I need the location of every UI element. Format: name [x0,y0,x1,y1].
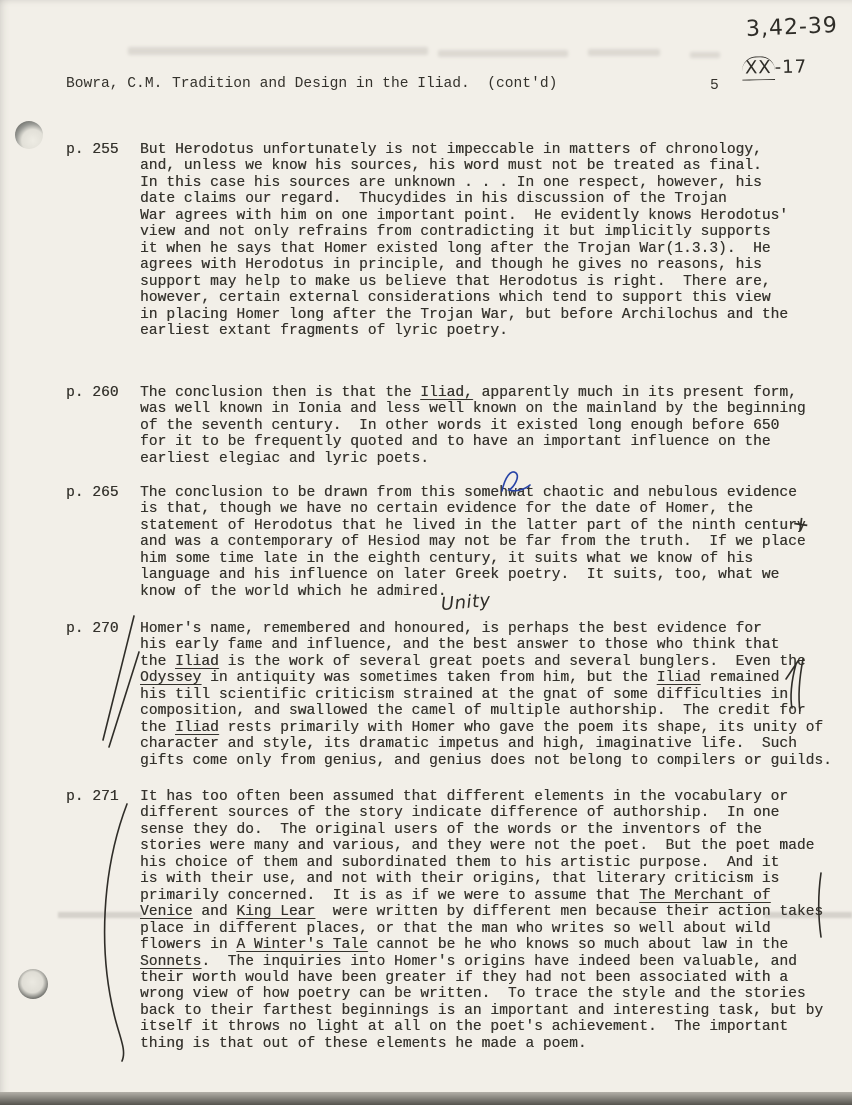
text-line: The conclusion to be drawn from this som… [140,485,852,501]
text-line: different sources of the story indicate … [140,805,852,821]
text-line: his choice of them and subordinated them… [140,855,852,871]
scan-bottom-edge [0,1092,852,1105]
text-line: the Iliad rests primarily with Homer who… [140,720,852,736]
text-line: was well known in Ionia and less well kn… [140,401,852,417]
text-line: sense they do. The original users of the… [140,822,852,838]
text-line: date claims our regard. Thucydides in hi… [140,191,852,207]
text-line: for it to be frequently quoted and to ha… [140,434,852,450]
text-line: however, certain external considerations… [140,290,852,306]
text-line: earliest extant fragments of lyric poetr… [140,323,852,339]
text-line: language and his influence on later Gree… [140,567,852,583]
paragraph-text: But Herodotus unfortunately is not impec… [140,142,852,339]
text-line: their worth would have been greater if t… [140,970,852,986]
paragraph-p271: p. 271It has too often been assumed that… [66,789,852,1052]
text-line: composition, and swallowed the camel of … [140,703,852,719]
text-line: of the seventh century. In other words i… [140,418,852,434]
text-line: stories were many and various, and they … [140,838,852,854]
text-line: in placing Homer long after the Trojan W… [140,307,852,323]
punch-hole [15,121,43,149]
text-line: is with their use, and not with their or… [140,871,852,887]
text-line: it when he says that Homer existed long … [140,241,852,257]
text-line: flowers in A Winter's Tale cannot be he … [140,937,852,953]
paragraph-label: p. 270 [66,621,119,637]
text-line: wrong view of how poetry can be written.… [140,986,852,1002]
text-line: Homer's name, remembered and honoured, i… [140,621,852,637]
text-line: itself it throws no light at all on the … [140,1019,852,1035]
text-line: back to their farthest beginnings is an … [140,1003,852,1019]
text-line: earliest elegiac and lyric poets. [140,451,852,467]
paragraph-p255: p. 255But Herodotus unfortunately is not… [66,142,852,339]
punch-hole [18,969,48,999]
text-line: Odyssey in antiquity was sometimes taken… [140,670,852,686]
text-line: him some time late in the eighth century… [140,551,852,567]
text-line: and, unless we know his sources, his wor… [140,158,852,174]
paragraph-p265: p. 265The conclusion to be drawn from th… [66,485,852,600]
text-line: Venice and King Lear were written by dif… [140,904,852,920]
text-line: and was a contemporary of Hesiod may not… [140,534,852,550]
paragraph-label: p. 255 [66,142,119,158]
text-line: thing is that out of these elements he m… [140,1036,852,1052]
paragraph-label: p. 265 [66,485,119,501]
text-line: view and not only refrains from contradi… [140,224,852,240]
text-line: gifts come only from genius, and genius … [140,753,852,769]
text-line: But Herodotus unfortunately is not impec… [140,142,852,158]
text-line: agrees with Herodotus in principle, and … [140,257,852,273]
paragraph-p270: p. 270Homer's name, remembered and honou… [66,621,852,769]
text-line: It has too often been assumed that diffe… [140,789,852,805]
scanned-document-page: Bowra, C.M. Tradition and Design in the … [0,0,852,1105]
paragraph-text: It has too often been assumed that diffe… [140,789,852,1052]
text-line: War agrees with him on one important poi… [140,208,852,224]
paragraph-text: The conclusion then is that the Iliad, a… [140,385,852,467]
paragraph-label: p. 260 [66,385,119,401]
text-line: character and style, its dramatic impetu… [140,736,852,752]
paragraphs: p. 255But Herodotus unfortunately is not… [66,0,852,1105]
text-line: his till scientific criticism strained a… [140,687,852,703]
text-line: his early fame and influence, and the be… [140,637,852,653]
paragraph-text: The conclusion to be drawn from this som… [140,485,852,600]
text-line: primarily concerned. It is as if we were… [140,888,852,904]
paragraph-p260: p. 260The conclusion then is that the Il… [66,385,852,467]
paragraph-text: Homer's name, remembered and honoured, i… [140,621,852,769]
text-line: The conclusion then is that the Iliad, a… [140,385,852,401]
paragraph-label: p. 271 [66,789,119,805]
text-line: the Iliad is the work of several great p… [140,654,852,670]
text-line: Sonnets. The inquiries into Homer's orig… [140,954,852,970]
text-line: place in different places, or that the m… [140,921,852,937]
text-line: support may help to make us believe that… [140,274,852,290]
text-line: statement of Herodotus that he lived in … [140,518,852,534]
text-line: is that, though we have no certain evide… [140,501,852,517]
text-line: know of the world which he admired. [140,584,852,600]
text-line: In this case his sources are unknown . .… [140,175,852,191]
